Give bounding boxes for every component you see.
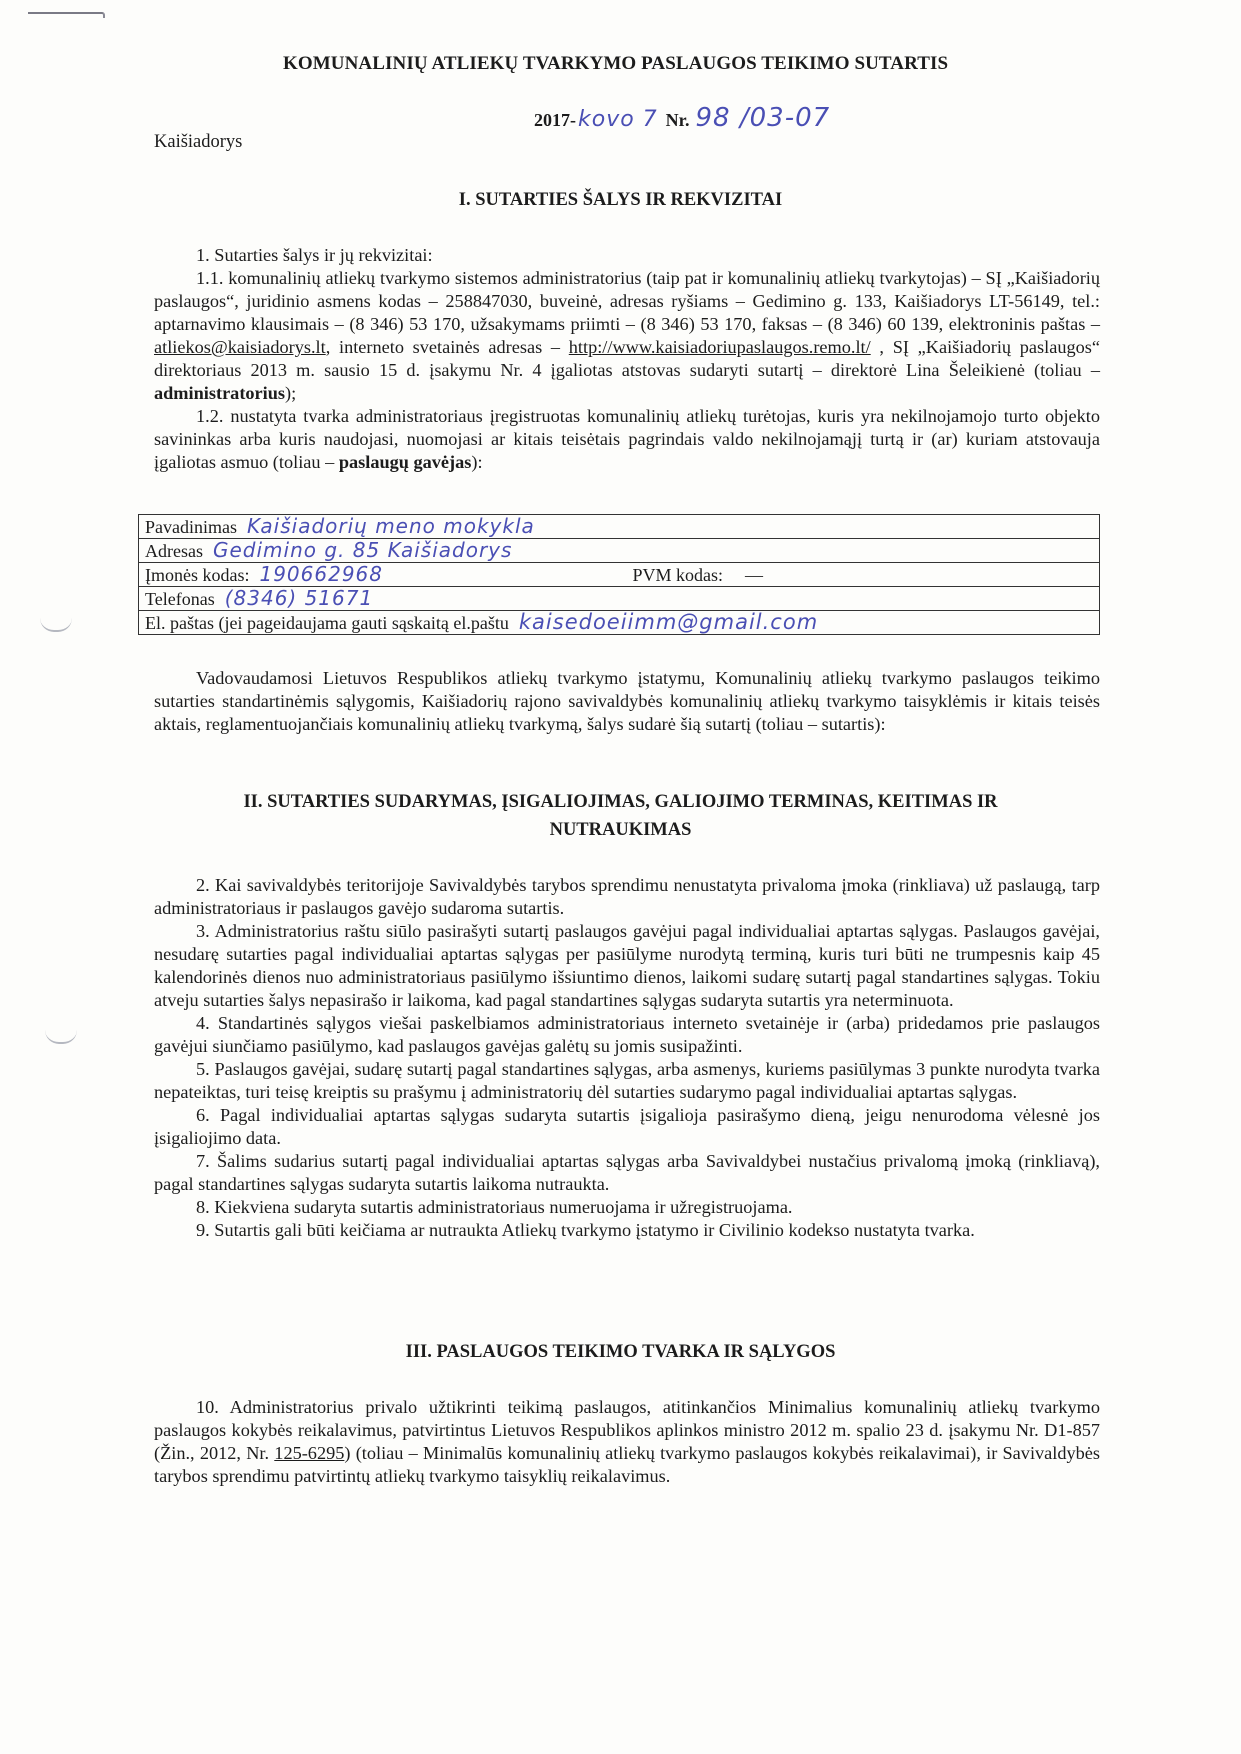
field-value-email[interactable]: kaisedoeiimm@gmail.com [519, 611, 818, 633]
field-value-vat-code[interactable]: — [745, 564, 763, 586]
gazette-reference-link[interactable]: 125-6295 [274, 1443, 344, 1463]
recipient-term: paslaugų gavėjas [339, 452, 472, 472]
document-title: KOMUNALINIŲ ATLIEKŲ TVARKYMO PASLAUGOS T… [283, 53, 948, 75]
table-row: Adresas Gedimino g. 85 Kaišiadorys [139, 539, 1100, 563]
clause-3: 3. Administratorius raštu siūlo pasirašy… [154, 920, 1100, 1012]
place-name: Kaišiadorys [154, 132, 242, 153]
clause-4: 4. Standartinės sąlygos viešai paskelbia… [154, 1012, 1100, 1058]
field-value-name[interactable]: Kaišiadorių meno mokykla [247, 515, 535, 537]
section-heading-2-line-2: NUTRAUKIMAS [0, 820, 1241, 841]
section-heading-1: I. SUTARTIES ŠALYS IR REKVIZITAI [0, 190, 1241, 211]
table-row: El. paštas (jei pageidaujama gauti sąska… [139, 611, 1100, 635]
clause-1-2: 1.2. nustatyta tvarka administratoriaus … [154, 405, 1100, 474]
clause-1-1-text: ); [285, 383, 296, 403]
date-number-line: 2017- kovo 7 Nr. 98 /03-07 [534, 103, 830, 133]
field-label-vat-code: PVM kodas: [632, 564, 723, 586]
clause-1-1-text: 1.1. komunalinių atliekų tvarkymo sistem… [154, 268, 1100, 334]
clause-2: 2. Kai savivaldybės teritorijoje Savival… [154, 874, 1100, 920]
table-row: Pavadinimas Kaišiadorių meno mokykla [139, 515, 1100, 539]
clause-1-1-text: , interneto svetainės adresas – [326, 337, 569, 357]
clause-7: 7. Šalims sudarius sutartį pagal individ… [154, 1150, 1100, 1196]
handwritten-date: kovo 7 [578, 107, 658, 132]
preamble-text: Vadovaudamosi Lietuvos Respublikos atlie… [154, 667, 1100, 736]
clause-10: 10. Administratorius privalo užtikrinti … [154, 1396, 1100, 1488]
field-value-address[interactable]: Gedimino g. 85 Kaišiadorys [213, 539, 512, 561]
section-3-body: 10. Administratorius privalo užtikrinti … [154, 1396, 1100, 1488]
clause-1: 1. Sutarties šalys ir jų rekvizitai: [154, 244, 1100, 267]
date-prefix: 2017- [534, 110, 576, 131]
clause-9: 9. Sutartis gali būti keičiama ar nutrau… [154, 1219, 1100, 1242]
field-value-phone[interactable]: (8346) 51671 [225, 587, 373, 609]
clause-1-2-text: 1.2. nustatyta tvarka administratoriaus … [154, 406, 1100, 472]
email-link[interactable]: atliekos@kaisiadorys.lt [154, 337, 326, 357]
clause-6: 6. Pagal individualiai aptartas sąlygas … [154, 1104, 1100, 1150]
section-2-body: 2. Kai savivaldybės teritorijoje Savival… [154, 874, 1100, 1242]
administrator-term: administratorius [154, 383, 285, 403]
section-1-body: 1. Sutarties šalys ir jų rekvizitai: 1.1… [154, 244, 1100, 474]
section-heading-2-line-1: II. SUTARTIES SUDARYMAS, ĮSIGALIOJIMAS, … [0, 792, 1241, 813]
handwritten-number: 98 /03-07 [696, 103, 831, 133]
clause-1-2-text: ): [471, 452, 482, 472]
website-link[interactable]: http://www.kaisiadoriupaslaugos.remo.lt/ [569, 337, 871, 357]
clause-5: 5. Paslaugos gavėjai, sudarę sutartį pag… [154, 1058, 1100, 1104]
number-label: Nr. [666, 110, 690, 131]
clause-8: 8. Kiekviena sudaryta sutartis administr… [154, 1196, 1100, 1219]
field-label-address: Adresas [145, 540, 203, 562]
field-label-phone: Telefonas [145, 588, 215, 610]
recipient-details-table: Pavadinimas Kaišiadorių meno mokykla Adr… [138, 514, 1100, 635]
section-heading-3: III. PASLAUGOS TEIKIMO TVARKA IR SĄLYGOS [0, 1342, 1241, 1363]
field-label-company-code: Įmonės kodas: [145, 564, 249, 586]
document-page: KOMUNALINIŲ ATLIEKŲ TVARKYMO PASLAUGOS T… [0, 0, 1241, 1754]
clause-1-1: 1.1. komunalinių atliekų tvarkymo sistem… [154, 267, 1100, 405]
staple-mark [28, 12, 105, 18]
punch-hole-mark [40, 618, 72, 632]
field-label-email: El. paštas (jei pageidaujama gauti sąska… [145, 612, 509, 634]
field-label-name: Pavadinimas [145, 516, 237, 538]
punch-hole-mark [45, 1030, 77, 1044]
table-row: Telefonas (8346) 51671 [139, 587, 1100, 611]
preamble: Vadovaudamosi Lietuvos Respublikos atlie… [154, 667, 1100, 736]
table-row: Įmonės kodas: 190662968 PVM kodas: — [139, 563, 1100, 587]
field-value-company-code[interactable]: 190662968 [259, 563, 383, 585]
